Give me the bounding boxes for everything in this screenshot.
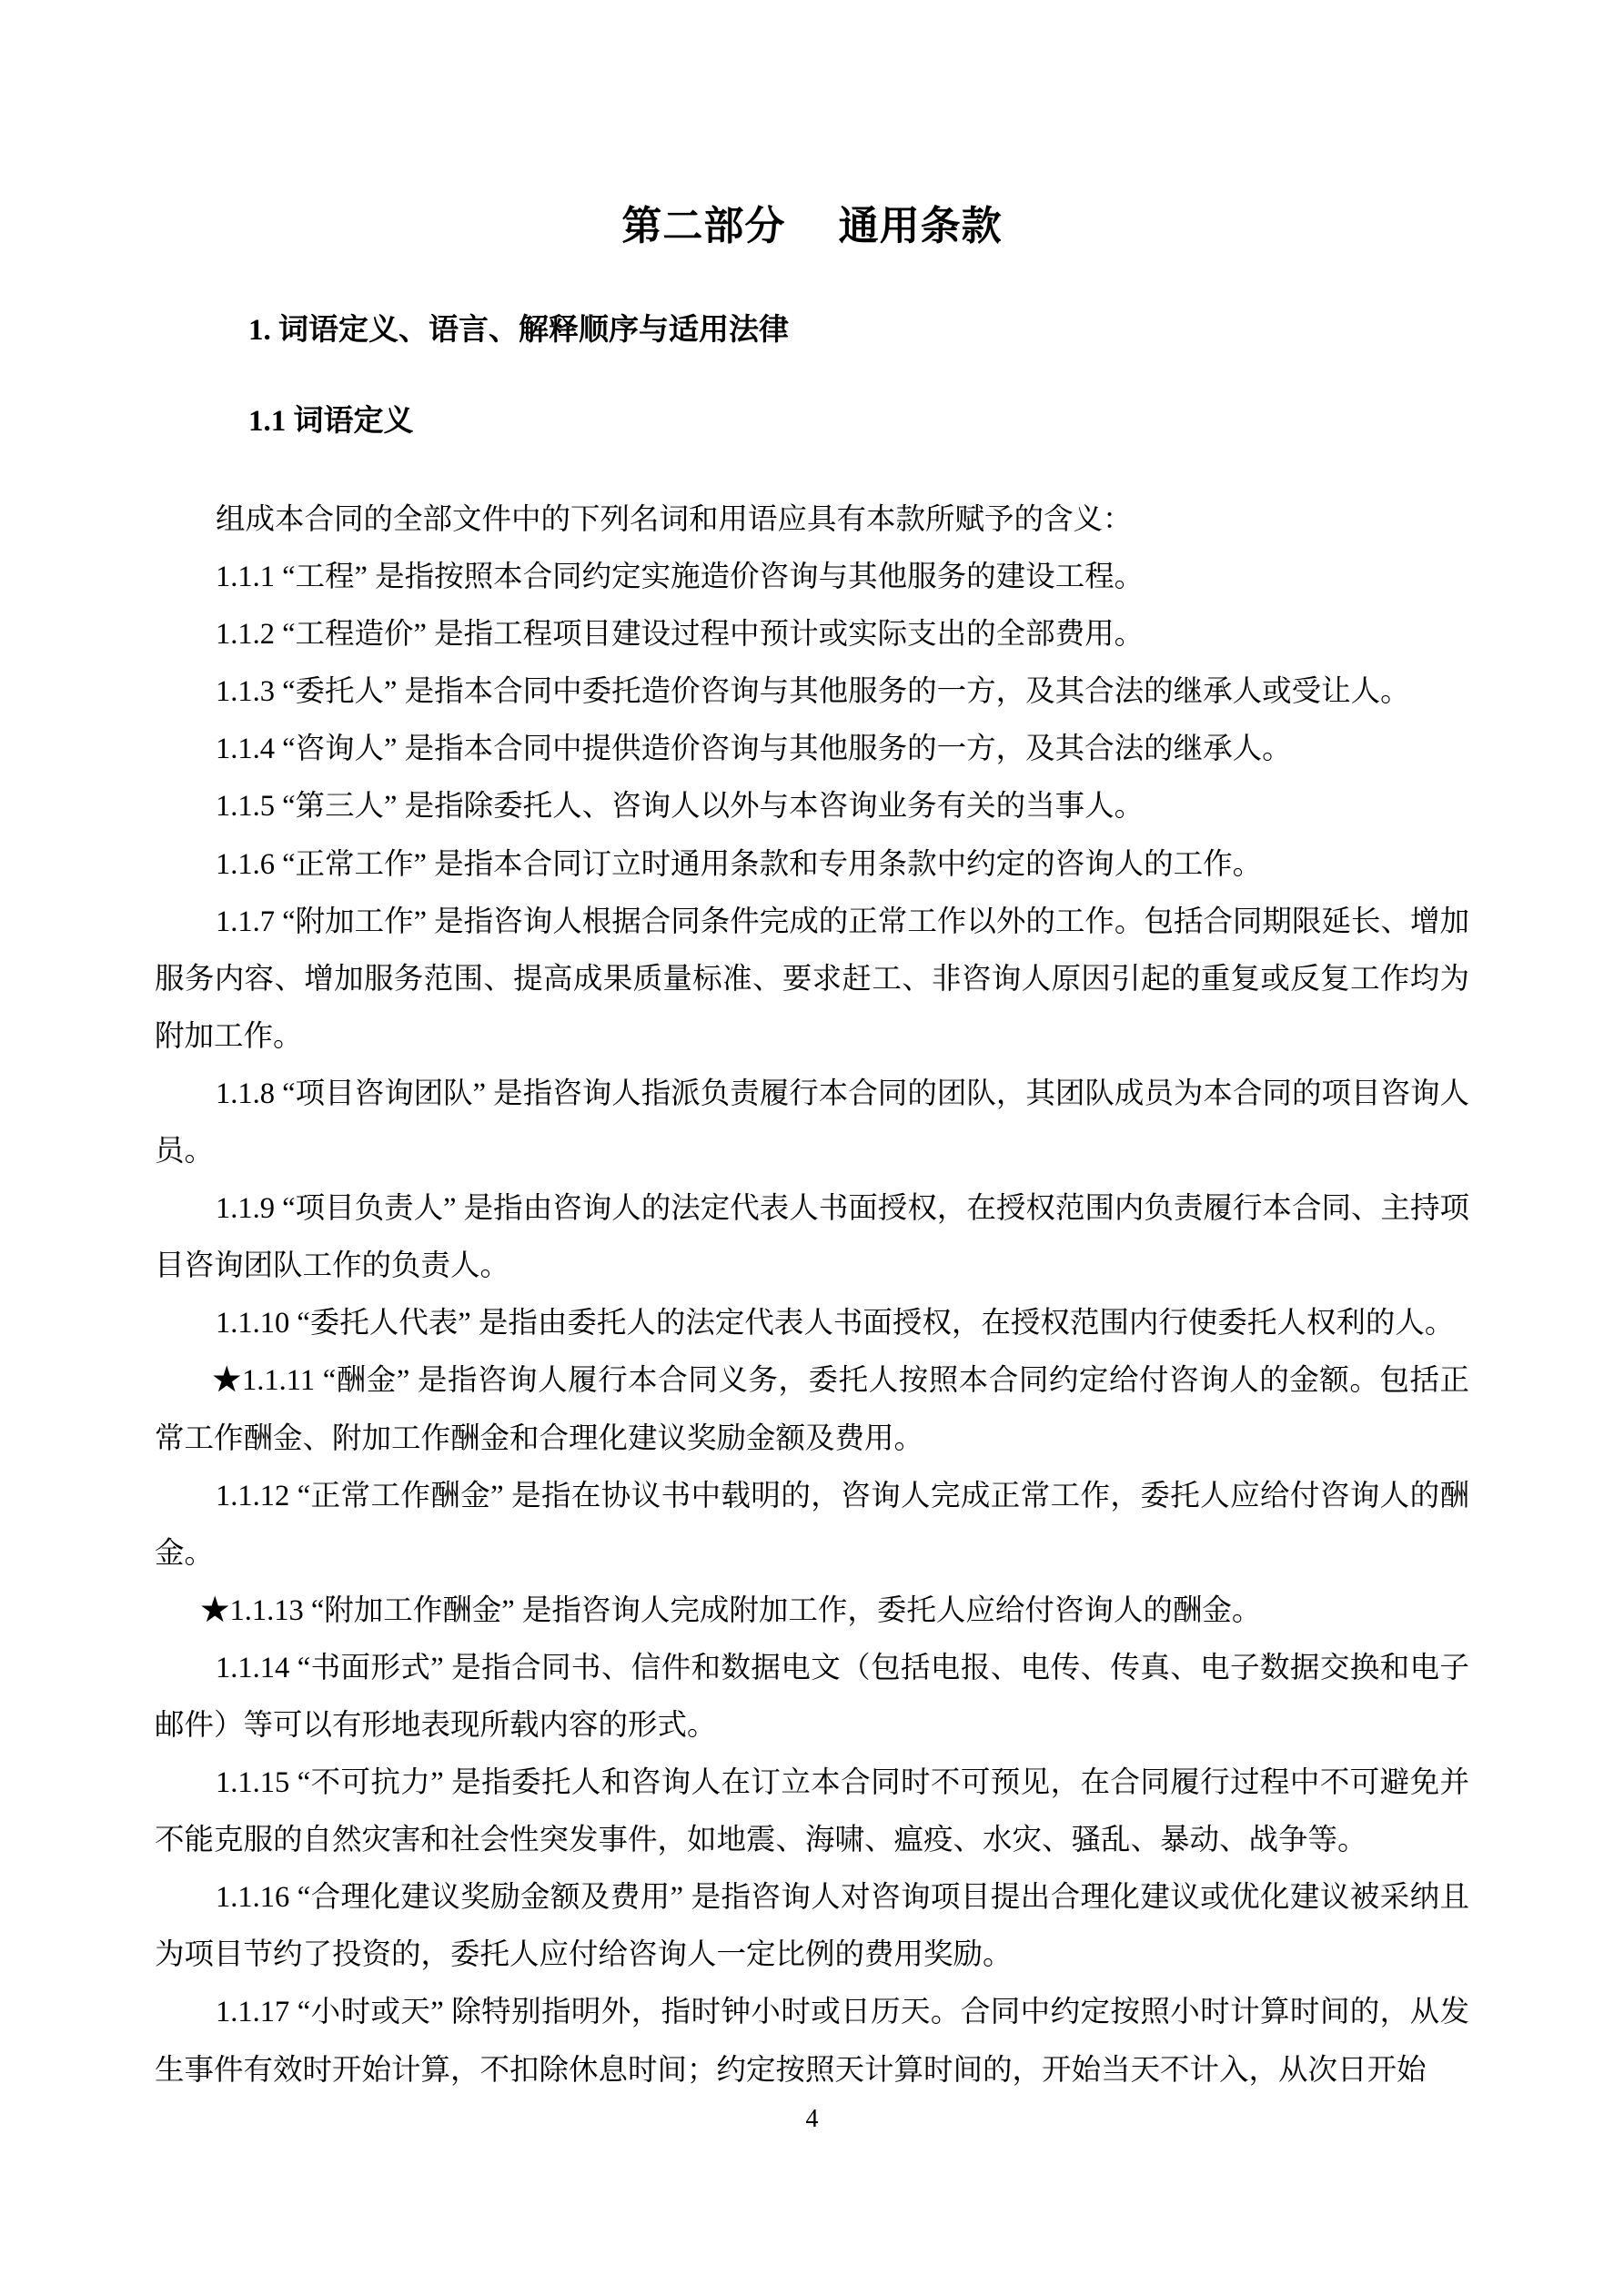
clause-1-1-3: 1.1.3 “委托人” 是指本合同中委托造价咨询与其他服务的一方，及其合法的继承… (155, 663, 1469, 721)
clause-1-1-5: 1.1.5 “第三人” 是指除委托人、咨询人以外与本咨询业务有关的当事人。 (155, 778, 1469, 835)
clause-1-1-16: 1.1.16 “合理化建议奖励金额及费用” 是指咨询人对咨询项目提出合理化建议或… (155, 1869, 1469, 1984)
subsection-heading: 1.1 词语定义 (248, 404, 414, 440)
clause-1-1-14: 1.1.14 “书面形式” 是指合同书、信件和数据电文（包括电报、电传、传真、电… (155, 1640, 1469, 1755)
clause-1-1-1: 1.1.1 “工程” 是指按照本合同约定实施造价咨询与其他服务的建设工程。 (155, 549, 1469, 606)
clause-1-1-2: 1.1.2 “工程造价” 是指工程项目建设过程中预计或实际支出的全部费用。 (155, 606, 1469, 663)
page-number: 4 (0, 2104, 1624, 2135)
clause-1-1-9: 1.1.9 “项目负责人” 是指由咨询人的法定代表人书面授权，在授权范围内负责履… (155, 1180, 1469, 1295)
clause-1-1-12: 1.1.12 “正常工作酬金” 是指在协议书中载明的，咨询人完成正常工作，委托人… (155, 1468, 1469, 1583)
clause-1-1-7: 1.1.7 “附加工作” 是指咨询人根据合同条件完成的正常工作以外的工作。包括合… (155, 894, 1469, 1066)
clause-1-1-6: 1.1.6 “正常工作” 是指本合同订立时通用条款和专用条款中约定的咨询人的工作… (155, 836, 1469, 894)
body-text: 组成本合同的全部文件中的下列名词和用语应具有本款所赋予的含义： 1.1.1 “工… (155, 491, 1469, 2099)
document-title: 第二部分 通用条款 (0, 204, 1624, 250)
section-heading: 1. 词语定义、语言、解释顺序与适用法律 (248, 313, 789, 349)
clause-1-1-8: 1.1.8 “项目咨询团队” 是指咨询人指派负责履行本合同的团队，其团队成员为本… (155, 1066, 1469, 1180)
clause-1-1-11-starred: ★1.1.11 “酬金” 是指咨询人履行本合同义务，委托人按照本合同约定给付咨询… (155, 1352, 1469, 1467)
clause-1-1-15: 1.1.15 “不可抗力” 是指委托人和咨询人在订立本合同时不可预见，在合同履行… (155, 1755, 1469, 1869)
document-page: 第二部分 通用条款 1. 词语定义、语言、解释顺序与适用法律 1.1 词语定义 … (0, 0, 1624, 2296)
clause-1-1-17: 1.1.17 “小时或天” 除特别指明外，指时钟小时或日历天。合同中约定按照小时… (155, 1984, 1469, 2099)
paragraph-intro: 组成本合同的全部文件中的下列名词和用语应具有本款所赋予的含义： (155, 491, 1469, 549)
clause-1-1-4: 1.1.4 “咨询人” 是指本合同中提供造价咨询与其他服务的一方，及其合法的继承… (155, 721, 1469, 778)
clause-1-1-10: 1.1.10 “委托人代表” 是指由委托人的法定代表人书面授权，在授权范围内行使… (155, 1295, 1469, 1352)
clause-1-1-13-starred: ★1.1.13 “附加工作酬金” 是指咨询人完成附加工作，委托人应给付咨询人的酬… (155, 1583, 1469, 1640)
